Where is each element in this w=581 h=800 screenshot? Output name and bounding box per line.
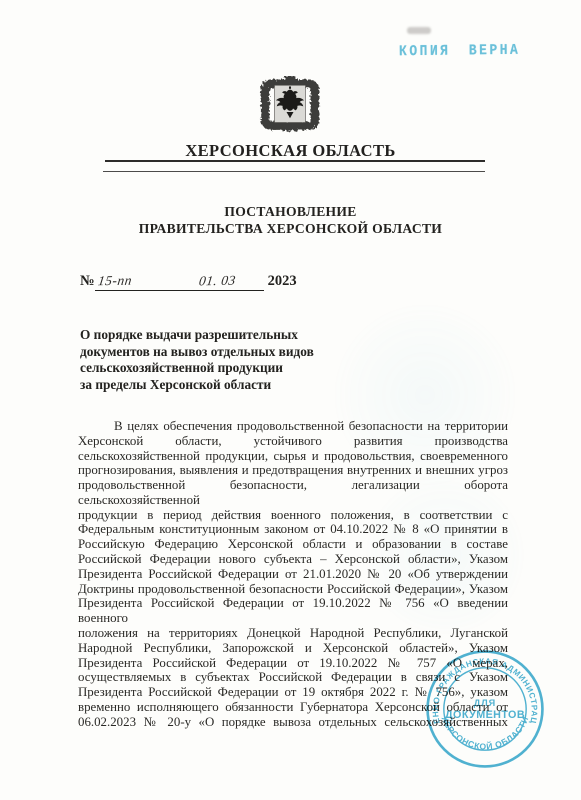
subject-title: О порядке выдачи разрешительных документ… [80,327,400,393]
stamp-center-line2: ДОКУМЕНТОВ [445,709,525,721]
body-line: Федеральным конституционным законом от 0… [78,522,508,537]
body-line: Российскую Федерацию Херсонской области … [78,537,508,552]
header-rule-thick [105,160,485,162]
document-page: КОПИЯ ВЕРНА ХЕРСОНСКАЯ ОБЛАСТЬ ПОСТАНОВЛ… [0,0,581,800]
subject-line: сельскохозяйственной продукции [80,360,400,377]
body-line: прогнозирования, выявления и предотвраще… [78,463,508,478]
copy-verna-stamp: КОПИЯ ВЕРНА [399,41,520,60]
body-line: Президента Российской Федерации от 19.10… [78,596,508,626]
doc-number-handwritten: 15-пп [97,273,133,290]
doc-type-line1: ПОСТАНОВЛЕНИЕ [0,203,581,220]
doc-year: 2023 [268,273,297,289]
body-line: положения на территориях Донецкой Народн… [78,626,508,641]
smudge-mark [407,27,431,34]
kherson-coat-of-arms-icon [250,76,330,138]
doc-type-title: ПОСТАНОВЛЕНИЕ ПРАВИТЕЛЬСТВА ХЕРСОНСКОЙ О… [0,203,581,237]
official-round-stamp: ВОЕННО-ГРАЖДАНСКАЯ АДМИНИСТРАЦИЯ ✱ ХЕРСО… [424,648,546,770]
body-line: В целях обеспечения продовольственной бе… [78,419,508,434]
body-line: Президента Российской Федерации от 21.01… [78,567,508,582]
body-line: Доктрины продовольственной безопасности … [78,582,508,597]
number-sign: № [80,273,95,289]
body-line: Херсонской области, устойчивого развития… [78,434,508,449]
subject-line: О порядке выдачи разрешительных [80,327,400,344]
doc-number-line: №15-пп01. 032023 [80,273,297,291]
subject-line: документов на вывоз отдельных видов [80,344,400,361]
doc-date-handwritten: 01. 03 [198,273,237,290]
region-title: ХЕРСОНСКАЯ ОБЛАСТЬ [0,141,581,161]
stamp-center-line1: ДЛЯ [474,698,497,708]
subject-line: за пределы Херсонской области [80,377,400,394]
body-line: продовольственной безопасности, легализа… [78,478,508,508]
body-line: Российской Федерации нового субъекта – Х… [78,552,508,567]
doc-type-line2: ПРАВИТЕЛЬСТВА ХЕРСОНСКОЙ ОБЛАСТИ [0,220,581,237]
body-line: сельскохозяйственной продукции, сырья и … [78,449,508,464]
body-line: продукции в период действия военного пол… [78,508,508,523]
header-rule-thin [103,171,485,172]
